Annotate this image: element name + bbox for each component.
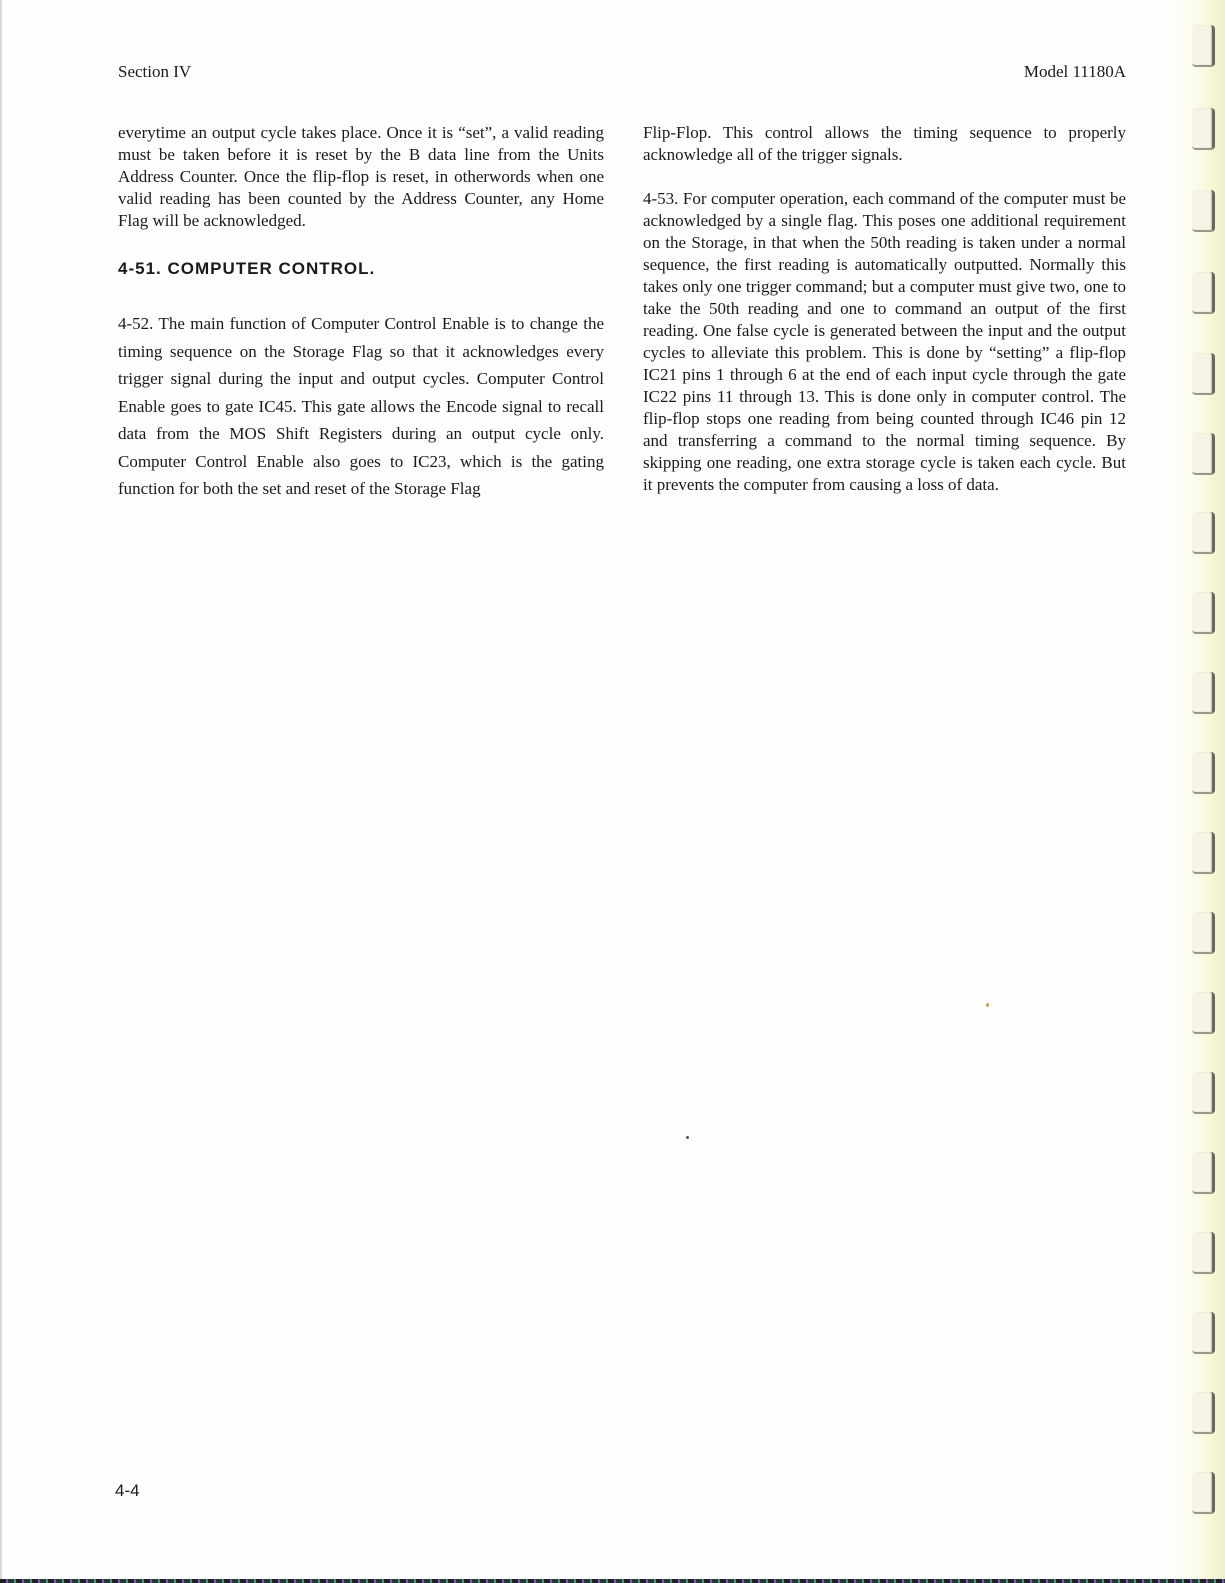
scan-speck <box>686 1136 689 1139</box>
scan-artifact-strip <box>0 1579 1225 1583</box>
binder-hole-icon <box>1192 1232 1215 1274</box>
binder-hole-icon <box>1192 1312 1215 1354</box>
binder-hole-icon <box>1192 1072 1215 1114</box>
binder-hole-icon <box>1192 1392 1215 1434</box>
paragraph-4-53: 4-53. For computer operation, each comma… <box>643 188 1126 496</box>
paragraph-gap <box>643 166 1126 188</box>
binder-hole-icon <box>1192 752 1215 794</box>
binder-hole-icon <box>1192 272 1215 314</box>
binder-hole-icon <box>1192 25 1215 67</box>
document-page: Section IV Model 11180A everytime an out… <box>0 0 1225 1583</box>
binder-hole-icon <box>1192 1152 1215 1194</box>
binder-hole-icon <box>1192 672 1215 714</box>
binder-edge <box>1168 0 1225 1583</box>
binder-hole-icon <box>1192 992 1215 1034</box>
binder-hole-icon <box>1192 108 1215 150</box>
left-column: everytime an output cycle takes place. O… <box>118 122 604 503</box>
binder-hole-icon <box>1192 912 1215 954</box>
right-column: Flip-Flop. This control allows the timin… <box>643 122 1126 496</box>
binder-hole-icon <box>1192 1472 1215 1514</box>
binder-hole-icon <box>1192 592 1215 634</box>
binder-hole-icon <box>1192 832 1215 874</box>
binder-hole-icon <box>1192 353 1215 395</box>
continued-paragraph: Flip-Flop. This control allows the timin… <box>643 122 1126 166</box>
section-header: Section IV <box>118 62 191 82</box>
page-edge <box>0 0 2 1583</box>
binder-hole-icon <box>1192 433 1215 475</box>
model-header: Model 11180A <box>1024 62 1126 82</box>
section-heading: 4-51. COMPUTER CONTROL. <box>118 259 604 279</box>
paragraph-4-52: 4-52. The main function of Computer Cont… <box>118 310 604 503</box>
scan-speck <box>986 1003 989 1007</box>
binder-hole-icon <box>1192 512 1215 554</box>
page-number: 4-4 <box>115 1481 140 1501</box>
binder-hole-icon <box>1192 190 1215 232</box>
continued-paragraph: everytime an output cycle takes place. O… <box>118 122 604 232</box>
